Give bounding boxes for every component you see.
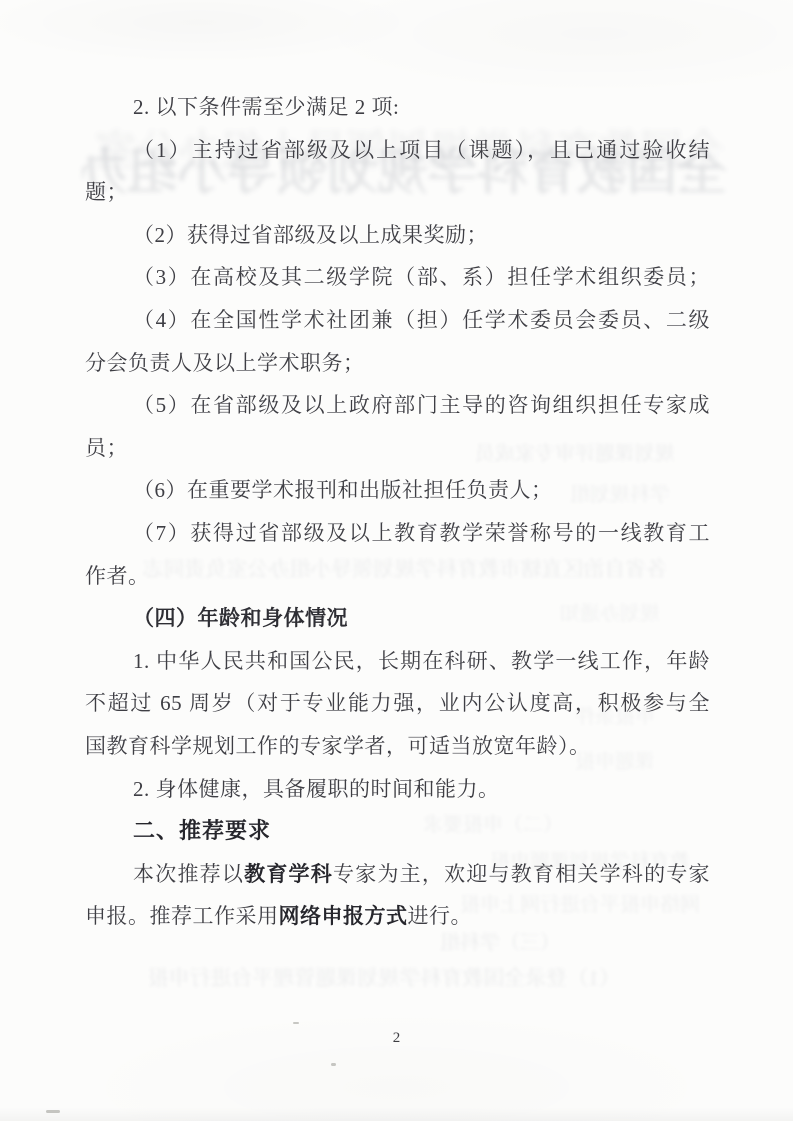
text-segment: （1）主持过省部级及以上项目（课题），且已通过验收结 <box>133 138 710 162</box>
text-segment: （7）获得过省部级及以上教育教学荣誉称号的一线教育工 <box>133 521 710 545</box>
text-segment: 题； <box>85 180 128 204</box>
emphasized-text: 网络申报方式 <box>279 904 408 928</box>
bleedthrough-text: （1）登录全国教育科学规划课题管理平台进行申报 <box>150 962 620 992</box>
text-segment: 分会负责人及以上学术职务； <box>85 351 365 375</box>
text-segment: 申报。推荐工作采用 <box>85 904 279 928</box>
text-segment: （5）在省部级及以上政府部门主导的咨询组织担任专家成 <box>133 393 710 417</box>
text-line: 题； <box>85 171 710 214</box>
text-line: （5）在省部级及以上政府部门主导的咨询组织担任专家成 <box>85 384 710 427</box>
text-line: （7）获得过省部级及以上教育教学荣誉称号的一线教育工 <box>85 512 710 555</box>
text-line: 国教育科学规划工作的专家学者，可适当放宽年龄）。 <box>85 725 710 768</box>
scan-speck <box>293 1022 299 1024</box>
text-line: （2）获得过省部级及以上成果奖励； <box>85 214 710 257</box>
text-segment: （2）获得过省部级及以上成果奖励； <box>133 223 488 247</box>
emphasized-text: 教育学科 <box>244 862 333 886</box>
document-body: 2. 以下条件需至少满足 2 项:（1）主持过省部级及以上项目（课题），且已通过… <box>85 86 710 938</box>
text-segment: 2. 以下条件需至少满足 2 项: <box>133 95 399 119</box>
text-segment: （四）年龄和身体情况 <box>133 606 348 630</box>
text-line: 2. 以下条件需至少满足 2 项: <box>85 86 710 129</box>
text-line: 二、推荐要求 <box>85 810 710 853</box>
text-line: 1. 中华人民共和国公民，长期在科研、教学一线工作，年龄 <box>85 640 710 683</box>
text-segment: 1. 中华人民共和国公民，长期在科研、教学一线工作，年龄 <box>133 649 710 673</box>
text-line: （3）在高校及其二级学院（部、系）担任学术组织委员； <box>85 256 710 299</box>
text-line: （4）在全国性学术社团兼（担）任学术委员会委员、二级 <box>85 299 710 342</box>
text-segment: 本次推荐以 <box>133 862 244 886</box>
document-page: 全国教育科学规划领导小组办公室全国教育科学规划领导小组办公室规划课题评审专家成员… <box>0 0 793 1121</box>
text-segment: （3）在高校及其二级学院（部、系）担任学术组织委员； <box>133 265 710 289</box>
text-segment: 专家为主，欢迎与教育相关学科的专家 <box>333 862 710 886</box>
text-segment: 员； <box>85 436 128 460</box>
text-line: （6）在重要学术报刊和出版社担任负责人； <box>85 469 710 512</box>
text-segment: 2. 身体健康，具备履职的时间和能力。 <box>133 777 500 801</box>
text-segment: 二、推荐要求 <box>133 818 271 843</box>
text-segment: （6）在重要学术报刊和出版社担任负责人； <box>133 478 553 502</box>
text-segment: 不超过 65 周岁（对于专业能力强，业内公认度高，积极参与全 <box>85 691 710 715</box>
text-line: 不超过 65 周岁（对于专业能力强，业内公认度高，积极参与全 <box>85 682 710 725</box>
scan-speck <box>46 1110 60 1113</box>
text-segment: 进行。 <box>408 904 473 928</box>
text-line: 分会负责人及以上学术职务； <box>85 342 710 385</box>
text-line: 员； <box>85 427 710 470</box>
text-line: （四）年龄和身体情况 <box>85 597 710 640</box>
text-line: （1）主持过省部级及以上项目（课题），且已通过验收结 <box>85 129 710 172</box>
text-line: 本次推荐以教育学科专家为主，欢迎与教育相关学科的专家 <box>85 853 710 896</box>
text-segment: 国教育科学规划工作的专家学者，可适当放宽年龄）。 <box>85 734 591 758</box>
text-segment: （4）在全国性学术社团兼（担）任学术委员会委员、二级 <box>133 308 710 332</box>
text-line: 2. 身体健康，具备履职的时间和能力。 <box>85 768 710 811</box>
page-number: 2 <box>0 1030 793 1047</box>
text-segment: 作者。 <box>85 564 150 588</box>
text-line: 申报。推荐工作采用网络申报方式进行。 <box>85 895 710 938</box>
text-line: 作者。 <box>85 555 710 598</box>
scan-speck <box>331 1063 336 1066</box>
